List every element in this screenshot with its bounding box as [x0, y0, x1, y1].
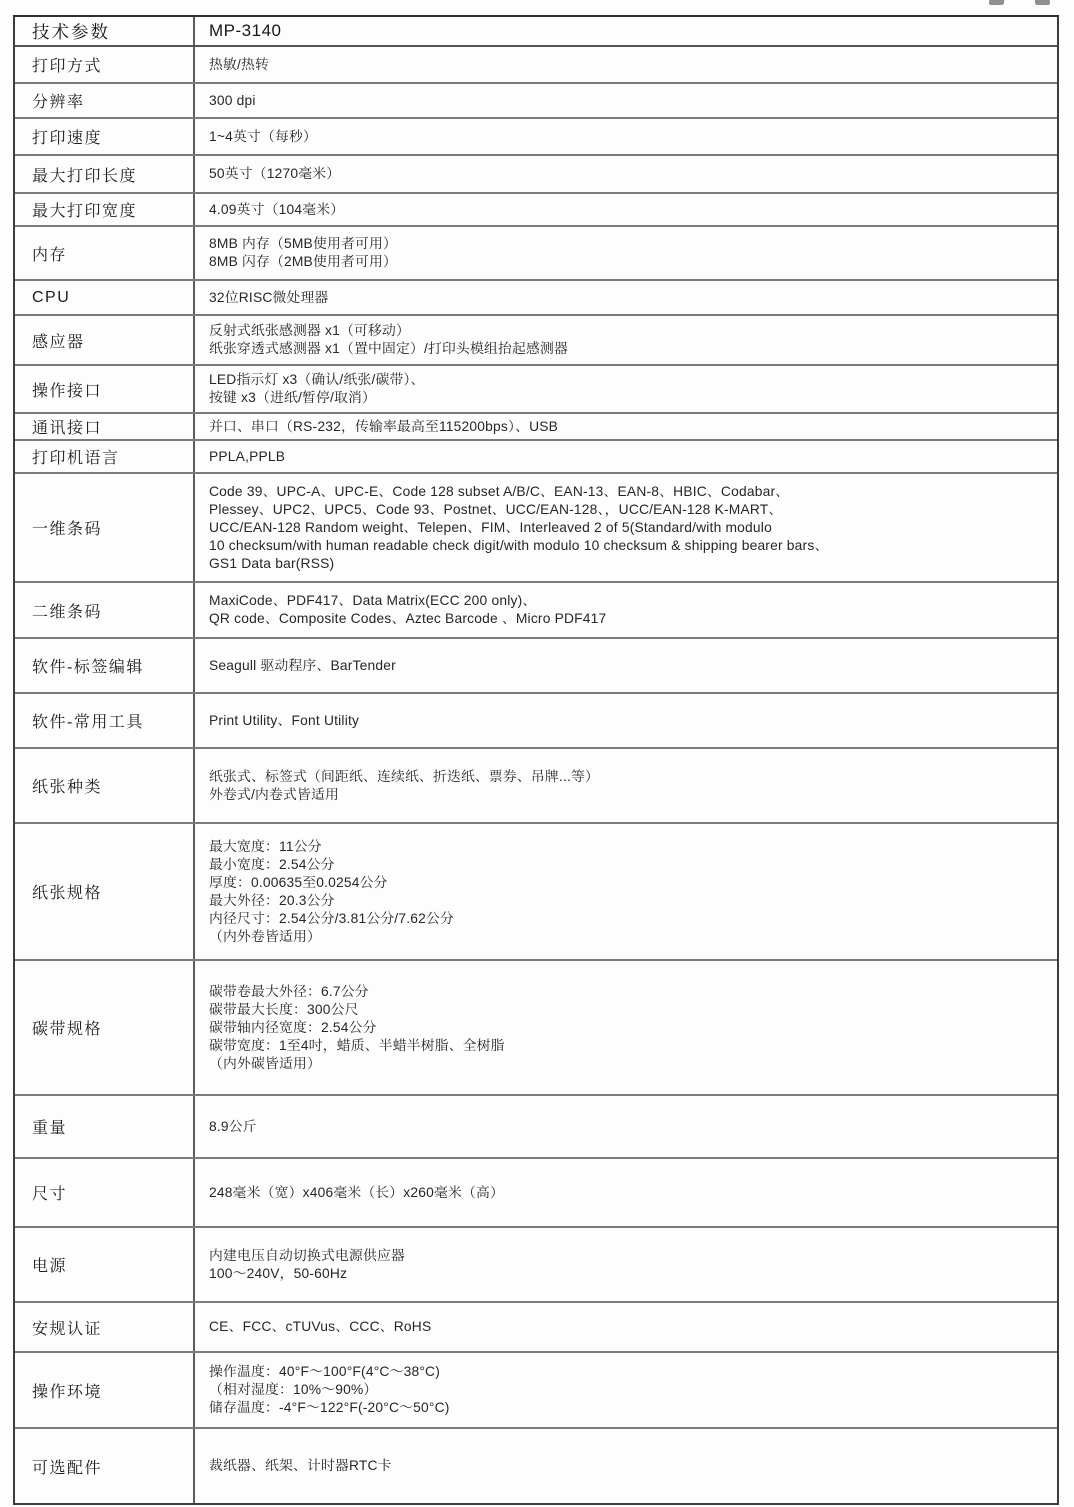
spec-row: 技术参数MP-3140 — [15, 17, 1057, 47]
spec-value-line: 操作温度：40°F～100°F(4°C～38°C) — [209, 1363, 1047, 1381]
spec-value-line: MP-3140 — [209, 22, 1047, 40]
spec-label: 二维条码 — [15, 583, 195, 637]
spec-value: 碳带卷最大外径：6.7公分碳带最大长度：300公尺碳带轴内径宽度：2.54公分碳… — [195, 961, 1057, 1094]
spec-label: 电源 — [15, 1228, 195, 1301]
spec-value-line: UCC/EAN-128 Random weight、Telepen、FIM、In… — [209, 519, 1047, 537]
spec-value-line: 碳带宽度：1至4吋，蜡质、半蜡半树脂、全树脂 — [209, 1037, 1047, 1055]
spec-value: 热敏/热转 — [195, 47, 1057, 82]
spec-value-line: Print Utility、Font Utility — [209, 712, 1047, 730]
spec-label: 操作环境 — [15, 1353, 195, 1427]
spec-value-line: PPLA,PPLB — [209, 448, 1047, 466]
spec-value-line: 纸张式、标签式（间距纸、连续纸、折迭纸、票券、吊牌...等） — [209, 768, 1047, 786]
spec-value-line: 1~4英寸（每秒） — [209, 128, 1047, 146]
spec-row: 打印机语言PPLA,PPLB — [15, 441, 1057, 474]
spec-label: 操作接口 — [15, 366, 195, 412]
spec-label: 打印方式 — [15, 47, 195, 82]
spec-value: 4.09英寸（104毫米） — [195, 194, 1057, 225]
spec-value-line: 100～240V，50-60Hz — [209, 1265, 1047, 1283]
spec-table: 技术参数MP-3140打印方式热敏/热转分辨率300 dpi打印速度1~4英寸（… — [13, 15, 1059, 1505]
spec-label: 软件-标签编辑 — [15, 639, 195, 692]
spec-value-line: Seagull 驱动程序、BarTender — [209, 657, 1047, 675]
spec-value: 8.9公斤 — [195, 1096, 1057, 1157]
spec-label: 安规认证 — [15, 1303, 195, 1351]
spec-label: 一维条码 — [15, 474, 195, 581]
spec-row: 打印速度1~4英寸（每秒） — [15, 119, 1057, 156]
spec-value-line: 纸张穿透式感测器 x1（置中固定）/打印头模组抬起感测器 — [209, 340, 1047, 358]
spec-value-line: 碳带最大长度：300公尺 — [209, 1001, 1047, 1019]
spec-value-line: 反射式纸张感测器 x1（可移动） — [209, 322, 1047, 340]
spec-row: 操作环境操作温度：40°F～100°F(4°C～38°C)（相对湿度：10%～9… — [15, 1353, 1057, 1429]
spec-row: 感应器反射式纸张感测器 x1（可移动）纸张穿透式感测器 x1（置中固定）/打印头… — [15, 316, 1057, 366]
spec-value: 50英寸（1270毫米） — [195, 156, 1057, 192]
spec-value-line: Code 39、UPC-A、UPC-E、Code 128 subset A/B/… — [209, 483, 1047, 501]
spec-label: 纸张种类 — [15, 749, 195, 822]
spec-label: 感应器 — [15, 316, 195, 364]
spec-label: 最大打印长度 — [15, 156, 195, 192]
spec-row: 电源内建电压自动切换式电源供应器100～240V，50-60Hz — [15, 1228, 1057, 1303]
spec-label: 尺寸 — [15, 1159, 195, 1226]
spec-label: 软件-常用工具 — [15, 694, 195, 747]
spec-row: 通讯接口并口、串口（RS-232，传输率最高至115200bps）、USB — [15, 414, 1057, 441]
spec-label: 打印速度 — [15, 119, 195, 154]
spec-row: 分辨率300 dpi — [15, 84, 1057, 119]
spec-value-line: 内建电压自动切换式电源供应器 — [209, 1247, 1047, 1265]
spec-value-line: 碳带卷最大外径：6.7公分 — [209, 983, 1047, 1001]
spec-value-line: 储存温度：-4°F～122°F(-20°C～50°C) — [209, 1399, 1047, 1417]
spec-label: 碳带规格 — [15, 961, 195, 1094]
spec-label: 纸张规格 — [15, 824, 195, 959]
cropped-text-artifact — [1035, 0, 1051, 5]
spec-row: 内存8MB 内存（5MB使用者可用）8MB 闪存（2MB使用者可用） — [15, 227, 1057, 281]
spec-value-line: 10 checksum/with human readable check di… — [209, 537, 1047, 555]
spec-value: 8MB 内存（5MB使用者可用）8MB 闪存（2MB使用者可用） — [195, 227, 1057, 279]
spec-value-line: MaxiCode、PDF417、Data Matrix(ECC 200 only… — [209, 592, 1047, 610]
spec-value-line: 50英寸（1270毫米） — [209, 165, 1047, 183]
spec-value: Seagull 驱动程序、BarTender — [195, 639, 1057, 692]
spec-row: 最大打印长度50英寸（1270毫米） — [15, 156, 1057, 194]
spec-value-line: （相对湿度：10%～90%） — [209, 1381, 1047, 1399]
spec-value-line: 32位RISC微处理器 — [209, 289, 1047, 307]
spec-value: 裁纸器、纸架、计时器RTC卡 — [195, 1429, 1057, 1503]
spec-value-line: 8MB 闪存（2MB使用者可用） — [209, 253, 1047, 271]
spec-value-line: （内外碳皆适用） — [209, 1055, 1047, 1073]
spec-row: CPU32位RISC微处理器 — [15, 281, 1057, 316]
spec-value: CE、FCC、cTUVus、CCC、RoHS — [195, 1303, 1057, 1351]
spec-label: 分辨率 — [15, 84, 195, 117]
spec-row: 安规认证CE、FCC、cTUVus、CCC、RoHS — [15, 1303, 1057, 1353]
spec-row: 二维条码MaxiCode、PDF417、Data Matrix(ECC 200 … — [15, 583, 1057, 639]
spec-value: Print Utility、Font Utility — [195, 694, 1057, 747]
spec-value-line: 厚度：0.00635至0.0254公分 — [209, 874, 1047, 892]
spec-value-line: QR code、Composite Codes、Aztec Barcode 、M… — [209, 610, 1047, 628]
spec-label: 打印机语言 — [15, 441, 195, 472]
spec-value-line: 248毫米（宽）x406毫米（长）x260毫米（高） — [209, 1184, 1047, 1202]
spec-value-line: 4.09英寸（104毫米） — [209, 201, 1047, 219]
spec-value-line: 碳带轴内径宽度：2.54公分 — [209, 1019, 1047, 1037]
spec-label: CPU — [15, 281, 195, 314]
spec-value-line: 裁纸器、纸架、计时器RTC卡 — [209, 1457, 1047, 1475]
spec-value: 最大宽度：11公分最小宽度：2.54公分厚度：0.00635至0.0254公分最… — [195, 824, 1057, 959]
spec-row: 软件-标签编辑Seagull 驱动程序、BarTender — [15, 639, 1057, 694]
spec-value: MaxiCode、PDF417、Data Matrix(ECC 200 only… — [195, 583, 1057, 637]
spec-value: 300 dpi — [195, 84, 1057, 117]
spec-value-line: Plessey、UPC2、UPC5、Code 93、Postnet、UCC/EA… — [209, 501, 1047, 519]
spec-sheet-page: 技术参数MP-3140打印方式热敏/热转分辨率300 dpi打印速度1~4英寸（… — [0, 0, 1074, 1507]
spec-row: 尺寸248毫米（宽）x406毫米（长）x260毫米（高） — [15, 1159, 1057, 1228]
spec-value: 32位RISC微处理器 — [195, 281, 1057, 314]
spec-value-line: （内外卷皆适用） — [209, 928, 1047, 946]
spec-value-line: CE、FCC、cTUVus、CCC、RoHS — [209, 1318, 1047, 1336]
spec-row: 软件-常用工具Print Utility、Font Utility — [15, 694, 1057, 749]
spec-value: 操作温度：40°F～100°F(4°C～38°C)（相对湿度：10%～90%）储… — [195, 1353, 1057, 1427]
spec-row: 一维条码Code 39、UPC-A、UPC-E、Code 128 subset … — [15, 474, 1057, 583]
spec-value-line: 最小宽度：2.54公分 — [209, 856, 1047, 874]
spec-row: 纸张种类纸张式、标签式（间距纸、连续纸、折迭纸、票券、吊牌...等）外卷式/内卷… — [15, 749, 1057, 824]
spec-value: PPLA,PPLB — [195, 441, 1057, 472]
spec-label: 技术参数 — [15, 17, 195, 45]
spec-value-line: LED指示灯 x3（确认/纸张/碳带）、 — [209, 371, 1047, 389]
spec-row: 操作接口LED指示灯 x3（确认/纸张/碳带）、按键 x3（进纸/暂停/取消） — [15, 366, 1057, 414]
spec-value-line: 8MB 内存（5MB使用者可用） — [209, 235, 1047, 253]
spec-row: 打印方式热敏/热转 — [15, 47, 1057, 84]
spec-value: Code 39、UPC-A、UPC-E、Code 128 subset A/B/… — [195, 474, 1057, 581]
spec-label: 可选配件 — [15, 1429, 195, 1503]
spec-value: MP-3140 — [195, 17, 1057, 45]
spec-value: 并口、串口（RS-232，传输率最高至115200bps）、USB — [195, 414, 1057, 439]
spec-value-line: 300 dpi — [209, 92, 1047, 110]
spec-value-line: GS1 Data bar(RSS) — [209, 555, 1047, 573]
spec-value: 1~4英寸（每秒） — [195, 119, 1057, 154]
spec-value-line: 8.9公斤 — [209, 1118, 1047, 1136]
spec-value-line: 按键 x3（进纸/暂停/取消） — [209, 389, 1047, 407]
spec-value: LED指示灯 x3（确认/纸张/碳带）、按键 x3（进纸/暂停/取消） — [195, 366, 1057, 412]
spec-value-line: 最大外径：20.3公分 — [209, 892, 1047, 910]
spec-value-line: 外卷式/内卷式皆适用 — [209, 786, 1047, 804]
spec-row: 最大打印宽度4.09英寸（104毫米） — [15, 194, 1057, 227]
spec-label: 内存 — [15, 227, 195, 279]
spec-value: 纸张式、标签式（间距纸、连续纸、折迭纸、票券、吊牌...等）外卷式/内卷式皆适用 — [195, 749, 1057, 822]
spec-value: 反射式纸张感测器 x1（可移动）纸张穿透式感测器 x1（置中固定）/打印头模组抬… — [195, 316, 1057, 364]
spec-value-line: 并口、串口（RS-232，传输率最高至115200bps）、USB — [209, 418, 1047, 436]
spec-row: 可选配件裁纸器、纸架、计时器RTC卡 — [15, 1429, 1057, 1503]
spec-label: 最大打印宽度 — [15, 194, 195, 225]
spec-value-line: 内径尺寸：2.54公分/3.81公分/7.62公分 — [209, 910, 1047, 928]
spec-value: 248毫米（宽）x406毫米（长）x260毫米（高） — [195, 1159, 1057, 1226]
spec-label: 通讯接口 — [15, 414, 195, 439]
spec-label: 重量 — [15, 1096, 195, 1157]
spec-row: 纸张规格最大宽度：11公分最小宽度：2.54公分厚度：0.00635至0.025… — [15, 824, 1057, 961]
cropped-text-artifact — [989, 0, 1005, 5]
spec-value: 内建电压自动切换式电源供应器100～240V，50-60Hz — [195, 1228, 1057, 1301]
spec-value-line: 最大宽度：11公分 — [209, 838, 1047, 856]
spec-row: 碳带规格碳带卷最大外径：6.7公分碳带最大长度：300公尺碳带轴内径宽度：2.5… — [15, 961, 1057, 1096]
spec-value-line: 热敏/热转 — [209, 56, 1047, 74]
spec-row: 重量8.9公斤 — [15, 1096, 1057, 1159]
